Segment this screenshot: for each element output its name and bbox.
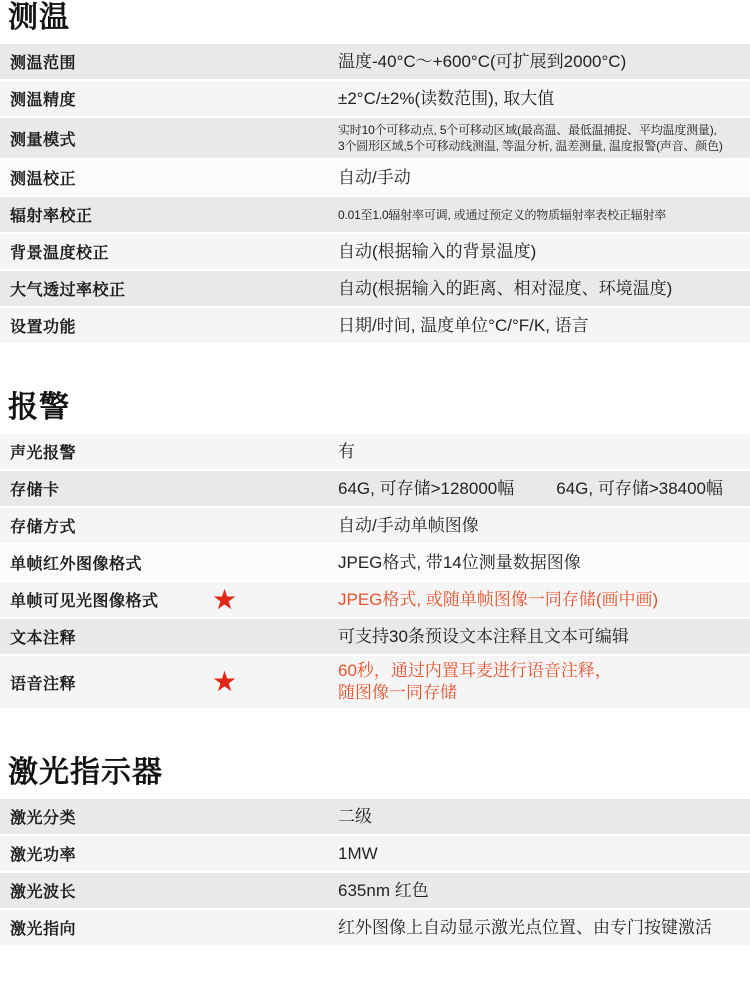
spec-section-2: 激光指示器激光分类二级激光功率1MW激光波长635nm 红色激光指向红外图像上自… (0, 756, 750, 947)
row-value: 635nm 红色 (338, 880, 429, 902)
row-value-cell: 0.01至1.0辐射率可调, 或通过预定义的物质辐射率表校正辐射率 (338, 203, 750, 227)
row-label-cell: 背景温度校正 (0, 240, 338, 263)
row-value-cell: JPEG格式, 带14位测量数据图像 (338, 548, 750, 578)
table-row: 存储卡64G, 可存储>128000幅64G, 可存储>38400幅 (0, 471, 750, 508)
row-label: 单帧红外图像格式 (10, 551, 142, 574)
row-value-cell: 温度-40°C～+600°C(可扩展到2000°C) (338, 47, 750, 77)
row-label-cell: 设置功能 (0, 314, 338, 337)
row-value: 自动/手动单帧图像 (338, 515, 479, 537)
table-row: 辐射率校正0.01至1.0辐射率可调, 或通过预定义的物质辐射率表校正辐射率 (0, 197, 750, 234)
spec-table: 测温范围温度-40°C～+600°C(可扩展到2000°C)测温精度±2°C/±… (0, 44, 750, 345)
row-value: 可支持30条预设文本注释且文本可编辑 (338, 626, 629, 648)
row-label: 声光报警 (10, 440, 76, 463)
row-label: 背景温度校正 (10, 240, 109, 263)
row-label: 设置功能 (10, 314, 76, 337)
row-label: 语音注释 (10, 671, 76, 694)
row-value-cell: 实时10个可移动点, 5个可移动区域(最高温、最低温捕捉、平均温度测量), 3个… (338, 118, 750, 158)
row-value: 自动(根据输入的距离、相对湿度、环境温度) (338, 278, 672, 300)
row-value: 二级 (338, 806, 372, 828)
row-value: 60秒，通过内置耳麦进行语音注释， 随图像一同存储 (338, 660, 612, 704)
row-label: 单帧可见光图像格式 (10, 588, 159, 611)
table-row: 声光报警有 (0, 434, 750, 471)
table-row: 背景温度校正自动(根据输入的背景温度) (0, 234, 750, 271)
table-row: 激光指向红外图像上自动显示激光点位置、由专门按键激活 (0, 910, 750, 947)
row-label-cell: 激光波长 (0, 879, 338, 902)
table-row: 存储方式自动/手动单帧图像 (0, 508, 750, 545)
row-value: ±2°C/±2%(读数范围), 取大值 (338, 88, 554, 110)
row-label-cell: 单帧红外图像格式 (0, 551, 338, 574)
table-row: 大气透过率校正自动(根据输入的距离、相对湿度、环境温度) (0, 271, 750, 308)
row-label-cell: 测温范围 (0, 50, 338, 73)
row-value-cell: 可支持30条预设文本注释且文本可编辑 (338, 622, 750, 652)
row-value-cell: 1MW (338, 839, 750, 869)
table-row: 激光波长635nm 红色 (0, 873, 750, 910)
row-label: 激光功率 (10, 842, 76, 865)
row-label: 文本注释 (10, 625, 76, 648)
row-value-cell: JPEG格式, 或随单帧图像一同存储(画中画) (338, 585, 750, 615)
row-label-cell: 测量模式 (0, 127, 338, 150)
table-row: 测温校正自动/手动 (0, 160, 750, 197)
row-value-secondary: 64G, 可存储>38400幅 (556, 478, 723, 500)
spec-section-1: 报警声光报警有存储卡64G, 可存储>128000幅64G, 可存储>38400… (0, 391, 750, 710)
row-value-cell: 有 (338, 437, 750, 467)
table-row: 测温精度±2°C/±2%(读数范围), 取大值 (0, 81, 750, 118)
row-value: 日期/时间, 温度单位°C/°F/K, 语言 (338, 315, 589, 337)
row-label-cell: 文本注释 (0, 625, 338, 648)
row-value: JPEG格式, 带14位测量数据图像 (338, 552, 581, 574)
spec-table: 激光分类二级激光功率1MW激光波长635nm 红色激光指向红外图像上自动显示激光… (0, 799, 750, 947)
row-value: 温度-40°C～+600°C(可扩展到2000°C) (338, 51, 626, 73)
table-row: 设置功能日期/时间, 温度单位°C/°F/K, 语言 (0, 308, 750, 345)
section-title: 激光指示器 (8, 756, 750, 790)
row-value-cell: 自动(根据输入的背景温度) (338, 237, 750, 267)
spec-table: 声光报警有存储卡64G, 可存储>128000幅64G, 可存储>38400幅存… (0, 434, 750, 710)
row-label-cell: 激光分类 (0, 805, 338, 828)
row-label-cell: 激光指向 (0, 916, 338, 939)
row-value: 有 (338, 441, 355, 463)
row-label-cell: 测温校正 (0, 166, 338, 189)
row-label: 测量模式 (10, 127, 76, 150)
spec-section-0: 测温测温范围温度-40°C～+600°C(可扩展到2000°C)测温精度±2°C… (0, 1, 750, 345)
row-label: 存储卡 (10, 477, 60, 500)
row-value: 0.01至1.0辐射率可调, 或通过预定义的物质辐射率表校正辐射率 (338, 207, 666, 223)
row-value: 64G, 可存储>128000幅 (338, 478, 514, 500)
row-label-cell: 存储卡 (0, 477, 338, 500)
row-label-cell: 语音注释★ (0, 671, 338, 694)
table-row: 测温范围温度-40°C～+600°C(可扩展到2000°C) (0, 44, 750, 81)
star-icon: ★ (212, 586, 237, 614)
table-row: 单帧红外图像格式JPEG格式, 带14位测量数据图像 (0, 545, 750, 582)
row-label: 测温范围 (10, 50, 76, 73)
row-value-cell: 自动(根据输入的距离、相对湿度、环境温度) (338, 274, 750, 304)
row-value-cell: 635nm 红色 (338, 876, 750, 906)
row-label-cell: 声光报警 (0, 440, 338, 463)
row-label: 辐射率校正 (10, 203, 93, 226)
row-value: 自动/手动 (338, 167, 411, 189)
row-value-cell: 红外图像上自动显示激光点位置、由专门按键激活 (338, 913, 750, 943)
row-label-cell: 辐射率校正 (0, 203, 338, 226)
row-value-cell: 二级 (338, 802, 750, 832)
row-label-cell: 激光功率 (0, 842, 338, 865)
row-label: 激光分类 (10, 805, 76, 828)
spec-sheet: 测温测温范围温度-40°C～+600°C(可扩展到2000°C)测温精度±2°C… (0, 0, 750, 947)
row-label-cell: 单帧可见光图像格式★ (0, 588, 338, 611)
row-label-cell: 大气透过率校正 (0, 277, 338, 300)
table-row: 激光功率1MW (0, 836, 750, 873)
section-title: 报警 (8, 391, 750, 425)
row-label-cell: 存储方式 (0, 514, 338, 537)
row-value: 红外图像上自动显示激光点位置、由专门按键激活 (338, 917, 712, 939)
row-value-cell: 自动/手动 (338, 163, 750, 193)
row-value-cell: ±2°C/±2%(读数范围), 取大值 (338, 84, 750, 114)
row-label: 大气透过率校正 (10, 277, 126, 300)
row-value: 自动(根据输入的背景温度) (338, 241, 536, 263)
table-row: 语音注释★60秒，通过内置耳麦进行语音注释， 随图像一同存储 (0, 656, 750, 710)
row-label-cell: 测温精度 (0, 87, 338, 110)
row-label: 激光波长 (10, 879, 76, 902)
star-icon: ★ (212, 668, 237, 696)
row-label: 测温精度 (10, 87, 76, 110)
row-value: 实时10个可移动点, 5个可移动区域(最高温、最低温捕捉、平均温度测量), 3个… (338, 122, 723, 154)
table-row: 测量模式实时10个可移动点, 5个可移动区域(最高温、最低温捕捉、平均温度测量)… (0, 118, 750, 160)
table-row: 文本注释可支持30条预设文本注释且文本可编辑 (0, 619, 750, 656)
row-value: JPEG格式, 或随单帧图像一同存储(画中画) (338, 589, 658, 611)
section-title: 测温 (8, 1, 750, 35)
row-label: 测温校正 (10, 166, 76, 189)
row-label: 存储方式 (10, 514, 76, 537)
row-value-cell: 64G, 可存储>128000幅64G, 可存储>38400幅 (338, 474, 750, 504)
table-row: 单帧可见光图像格式★JPEG格式, 或随单帧图像一同存储(画中画) (0, 582, 750, 619)
row-value-cell: 自动/手动单帧图像 (338, 511, 750, 541)
row-value-cell: 日期/时间, 温度单位°C/°F/K, 语言 (338, 311, 750, 341)
row-label: 激光指向 (10, 916, 76, 939)
table-row: 激光分类二级 (0, 799, 750, 836)
row-value: 1MW (338, 843, 378, 865)
row-value-cell: 60秒，通过内置耳麦进行语音注释， 随图像一同存储 (338, 656, 750, 708)
